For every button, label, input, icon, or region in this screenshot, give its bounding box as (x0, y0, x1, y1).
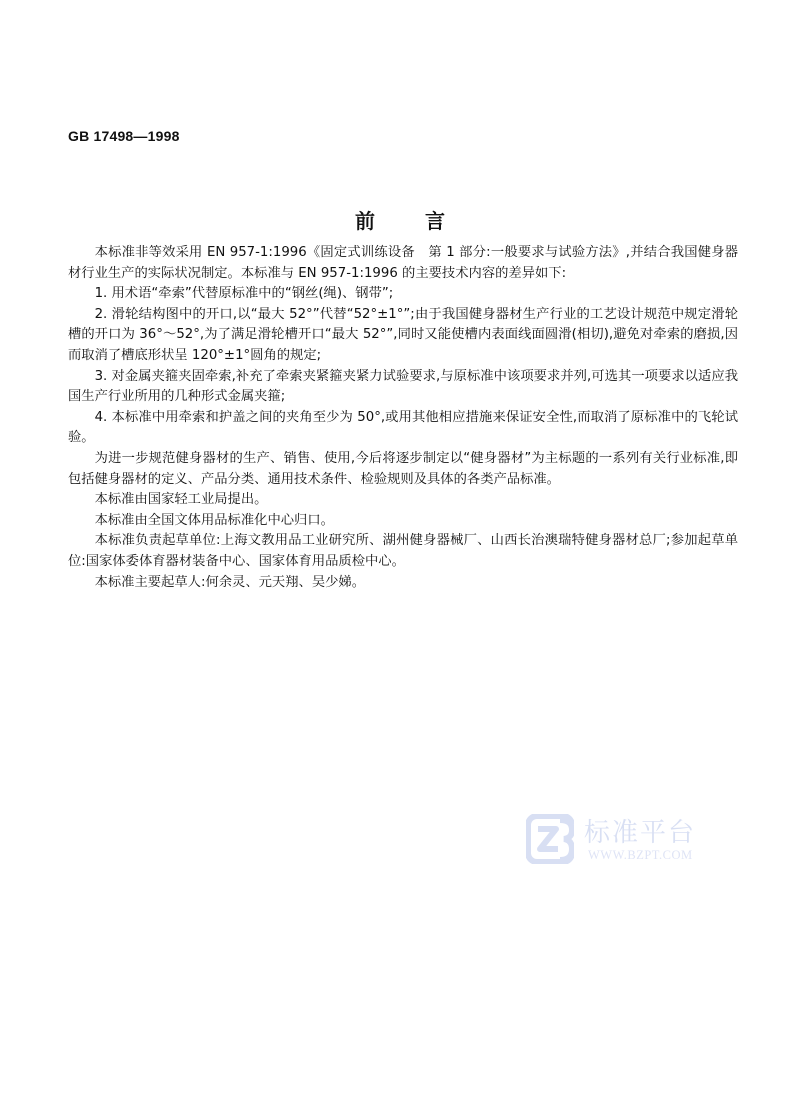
paragraph-managed-by: 本标准由全国文体用品标准化中心归口。 (68, 511, 738, 532)
page-title: 前言 (0, 205, 800, 234)
paragraph-drafting-units: 本标准负责起草单位:上海文教用品工业研究所、湖州健身器械厂、山西长治澳瑞特健身器… (68, 531, 738, 572)
paragraph-item-3: 3. 对金属夹箍夹固牵索,补充了牵索夹紧箍夹紧力试验要求,与原标准中该项要求并列… (68, 367, 738, 408)
paragraph-item-4: 4. 本标准中用牵索和护盖之间的夹角至少为 50°,或用其他相应措施来保证安全性… (68, 408, 738, 449)
foreword-body: 本标准非等效采用 EN 957-1:1996《固定式训练设备 第 1 部分:一般… (68, 243, 738, 593)
paragraph-intro: 本标准非等效采用 EN 957-1:1996《固定式训练设备 第 1 部分:一般… (68, 243, 738, 284)
paragraph-drafters: 本标准主要起草人:何余灵、元天翔、吴少娣。 (68, 573, 738, 594)
paragraph-item-1: 1. 用术语“牵索”代替原标准中的“钢丝(绳)、钢带”; (68, 284, 738, 305)
bzpt-logo-icon (526, 814, 574, 864)
watermark: 标准平台 WWW.BZPT.COM (526, 812, 736, 868)
paragraph-proposed-by: 本标准由国家轻工业局提出。 (68, 490, 738, 511)
watermark-url: WWW.BZPT.COM (588, 848, 693, 863)
paragraph-item-2: 2. 滑轮结构图中的开口,以“最大 52°”代替“52°±1°”;由于我国健身器… (68, 305, 738, 367)
standard-code: GB 17498—1998 (68, 128, 180, 144)
paragraph-future-standards: 为进一步规范健身器材的生产、销售、使用,今后将逐步制定以“健身器材”为主标题的一… (68, 449, 738, 490)
watermark-name: 标准平台 (584, 812, 696, 849)
